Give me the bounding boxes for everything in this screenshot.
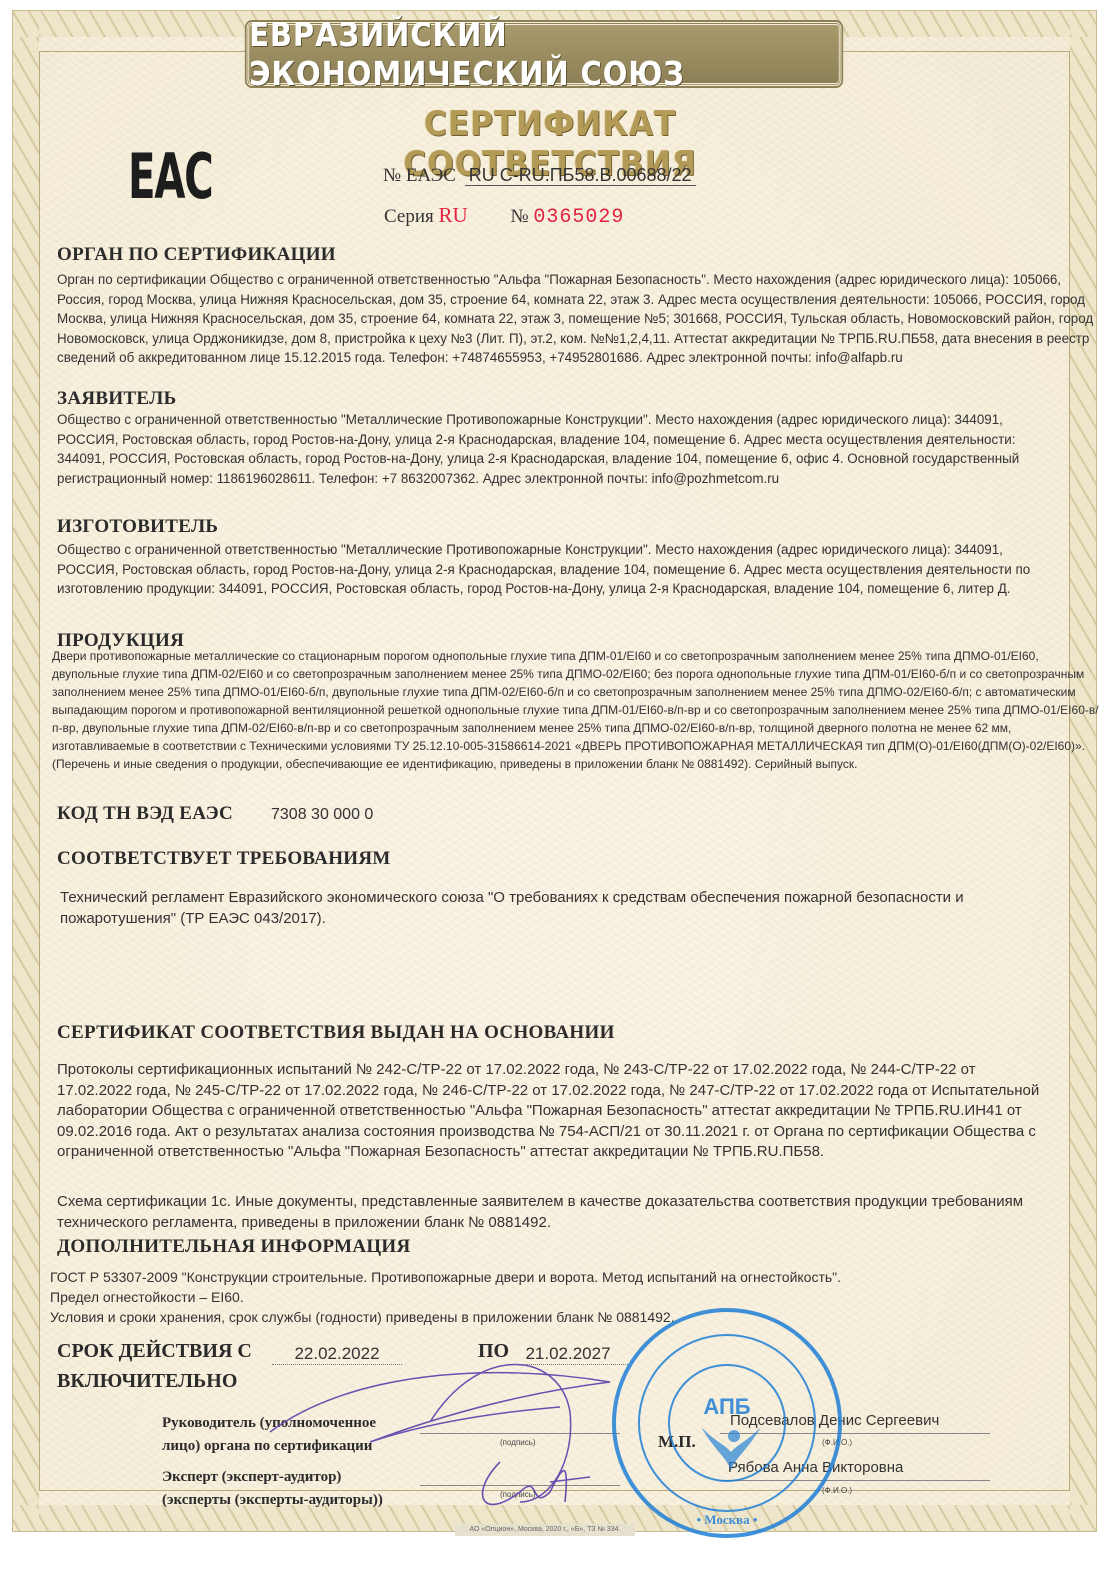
expert-name-caption: (Ф.И.О.) xyxy=(822,1486,852,1495)
tn-ved-code: 7308 30 000 0 xyxy=(271,806,373,824)
seal-logo: АПБ xyxy=(616,1394,838,1420)
conformity-text: Технический регламент Евразийского эконо… xyxy=(60,888,1060,929)
product-text: Двери противопожарные металлические со с… xyxy=(52,647,1100,773)
certification-body-heading: ОРГАН ПО СЕРТИФИКАЦИИ xyxy=(57,244,336,266)
form-number-prefix: № xyxy=(510,206,528,227)
seal-city: • Москва • xyxy=(616,1512,838,1528)
validity-inclusive-label: ВКЛЮЧИТЕЛЬНО xyxy=(57,1370,237,1393)
additional-line-2: Предел огнестойкости – EI60. xyxy=(50,1288,1090,1307)
head-label-line-2: лицо) органа по сертификации xyxy=(162,1435,372,1458)
registration-number: № ЕАЭС RU C-RU.ПБ58.В.00688/22 xyxy=(383,165,696,187)
series-value: RU xyxy=(439,203,468,227)
head-label-line-1: Руководитель (уполномоченное xyxy=(162,1412,376,1435)
union-banner: ЕВРАЗИЙСКИЙ ЭКОНОМИЧЕСКИЙ СОЮЗ xyxy=(247,22,842,86)
applicant-heading: ЗАЯВИТЕЛЬ xyxy=(57,388,176,410)
validity-from-date: 22.02.2022 xyxy=(272,1344,402,1365)
basis-heading: СЕРТИФИКАТ СООТВЕТСТВИЯ ВЫДАН НА ОСНОВАН… xyxy=(57,1022,615,1044)
validity-to-label: ПО xyxy=(478,1340,509,1363)
tn-ved-heading: КОД ТН ВЭД ЕАЭС xyxy=(57,803,233,825)
seal-bird-icon xyxy=(696,1422,766,1472)
certification-body-text: Орган по сертификации Общество с огранич… xyxy=(57,270,1097,368)
head-signature-line xyxy=(420,1433,620,1434)
form-number: 0365029 xyxy=(533,206,624,229)
expert-label-line-1: Эксперт (эксперт-аудитор) xyxy=(162,1466,341,1489)
eac-logo-icon: EAC xyxy=(128,140,212,213)
expert-signature-line xyxy=(420,1485,620,1486)
registration-prefix: № ЕАЭС xyxy=(383,165,456,186)
additional-info-heading: ДОПОЛНИТЕЛЬНАЯ ИНФОРМАЦИЯ xyxy=(57,1236,411,1258)
conformity-heading: СООТВЕТСТВУЕТ ТРЕБОВАНИЯМ xyxy=(57,848,391,870)
expert-label-line-2: (эксперты (эксперты-аудиторы)) xyxy=(162,1489,383,1512)
series-line: Серия RU № 0365029 xyxy=(384,203,624,229)
expert-signature-caption: (подпись) xyxy=(500,1490,536,1499)
applicant-text: Общество с ограниченной ответственностью… xyxy=(57,410,1047,488)
official-seal-stamp: АПБ • Москва • xyxy=(612,1308,842,1538)
additional-line-3: Условия и сроки хранения, срок службы (г… xyxy=(50,1308,1090,1327)
basis-text-scheme: Схема сертификации 1с. Иные документы, п… xyxy=(57,1192,1047,1233)
manufacturer-heading: ИЗГОТОВИТЕЛЬ xyxy=(57,516,218,538)
series-label: Серия xyxy=(384,206,434,227)
validity-from-label: СРОК ДЕЙСТВИЯ С xyxy=(57,1340,252,1363)
basis-text: Протоколы сертификационных испытаний № 2… xyxy=(57,1060,1047,1163)
printer-imprint: АО «Опцион», Москва, 2020 г., «Б», ТЗ № … xyxy=(455,1524,635,1536)
additional-line-1: ГОСТ Р 53307-2009 "Конструкции строитель… xyxy=(50,1268,1090,1287)
manufacturer-text: Общество с ограниченной ответственностью… xyxy=(57,540,1052,599)
head-signature-caption: (подпись) xyxy=(500,1438,536,1447)
validity-to-date: 21.02.2027 xyxy=(508,1344,628,1365)
registration-value: RU C-RU.ПБ58.В.00688/22 xyxy=(465,165,696,186)
